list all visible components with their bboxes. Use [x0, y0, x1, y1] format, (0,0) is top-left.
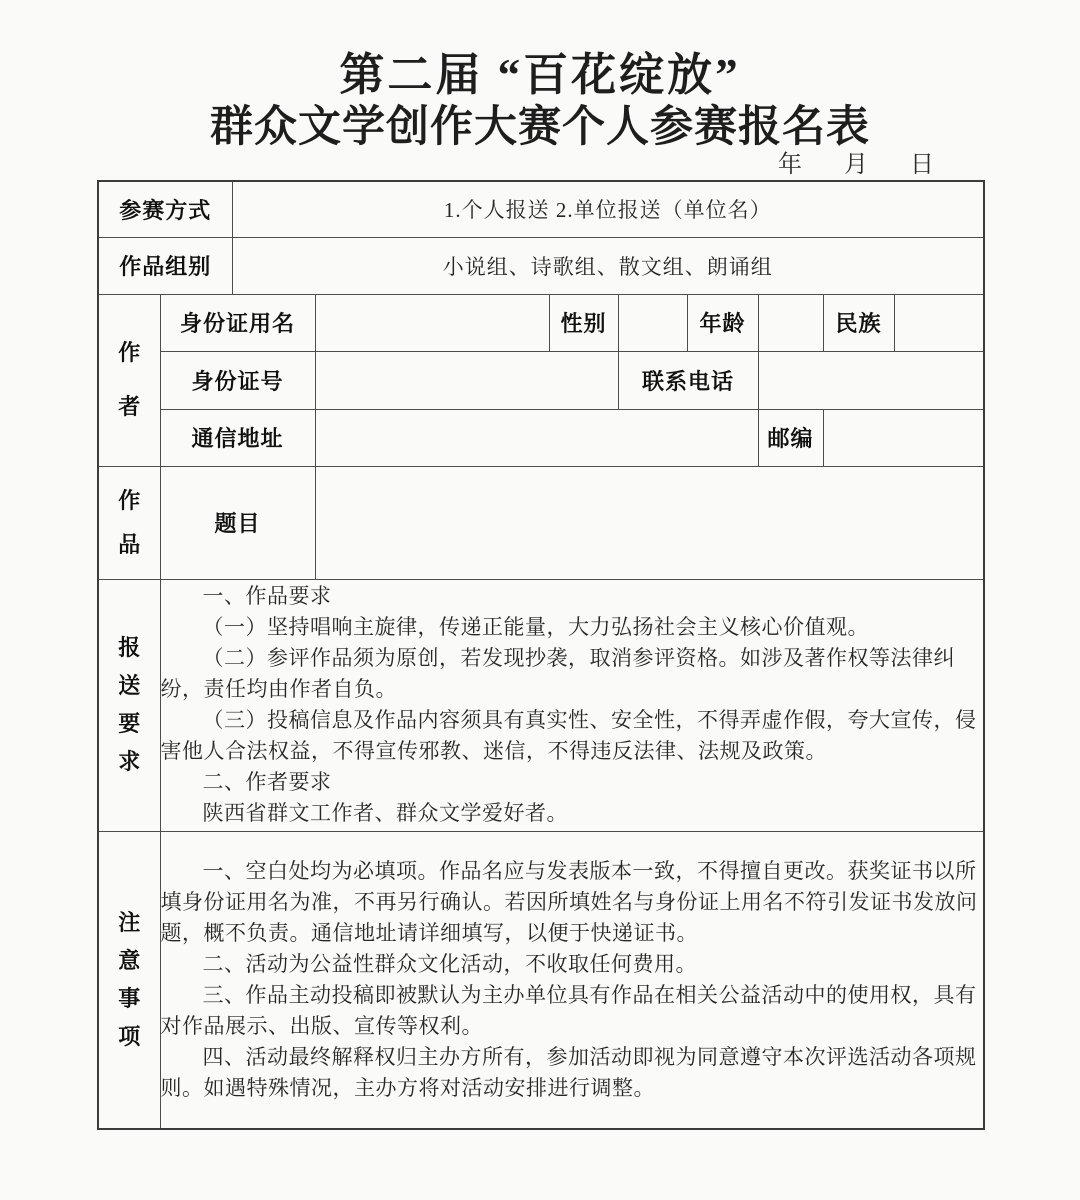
date-line: 年 月 日	[778, 144, 934, 179]
ethnicity-label: 民族	[823, 294, 894, 351]
postcode-input-cell[interactable]	[823, 409, 984, 466]
entry-method-label: 参赛方式	[98, 181, 232, 237]
age-label: 年龄	[687, 294, 758, 351]
id-name-input-cell[interactable]	[315, 294, 549, 351]
notes-section-label-cell: 注意事项	[98, 831, 160, 1129]
work-group-label: 作品组别	[98, 237, 232, 294]
notes-row: 注意事项 一、空白处均为必填项。作品名应与发表版本一致，不得擅自更改。获奖证书以…	[98, 831, 984, 1129]
age-input-cell[interactable]	[758, 294, 823, 351]
date-day-label: 日	[910, 144, 934, 179]
author-section-label: 作者	[116, 326, 142, 434]
notes-paragraph-3: 三、作品主动投稿即被默认为主办单位具有作品在相关公益活动中的使用权，具有对作品展…	[161, 980, 984, 1042]
phone-input-cell[interactable]	[758, 351, 984, 409]
gender-label: 性别	[549, 294, 618, 351]
work-group-row: 作品组别 小说组、诗歌组、散文组、朗诵组	[98, 237, 984, 294]
date-month-label: 月	[844, 144, 868, 179]
notes-paragraph-4: 四、活动最终解释权归主办方所有，参加活动即视为同意遵守本次评选活动各项规则。如遇…	[161, 1042, 984, 1104]
phone-label: 联系电话	[618, 351, 758, 409]
work-title-row: 作品 题目	[98, 466, 984, 579]
notes-paragraph-2: 二、活动为公益性群众文化活动，不收取任何费用。	[161, 949, 984, 980]
author-row-3: 通信地址 邮编	[98, 409, 984, 466]
id-number-input-cell[interactable]	[315, 351, 618, 409]
submission-paragraph-1: 一、作品要求	[161, 581, 984, 612]
date-year-label: 年	[778, 144, 802, 179]
submission-paragraph-2: （一）坚持唱响主旋律，传递正能量，大力弘扬社会主义核心价值观。	[161, 612, 984, 643]
notes-content: 一、空白处均为必填项。作品名应与发表版本一致，不得擅自更改。获奖证书以所填身份证…	[160, 831, 984, 1129]
id-name-label: 身份证用名	[160, 294, 315, 351]
work-title-input-cell[interactable]	[315, 466, 984, 579]
entry-method-value: 1.个人报送 2.单位报送（单位名）	[232, 181, 984, 237]
submission-section-label-cell: 报送要求	[98, 579, 160, 831]
form-page: 第二届 “百花绽放” 群众文学创作大赛个人参赛报名表 年 月 日 参赛方式 1.…	[0, 0, 1080, 1200]
author-row-2: 身份证号 联系电话	[98, 351, 984, 409]
submission-requirements-content: 一、作品要求 （一）坚持唱响主旋律，传递正能量，大力弘扬社会主义核心价值观。 （…	[160, 579, 984, 831]
postcode-label: 邮编	[758, 409, 823, 466]
author-section-label-cell: 作者	[98, 294, 160, 466]
registration-form-table: 参赛方式 1.个人报送 2.单位报送（单位名） 作品组别 小说组、诗歌组、散文组…	[97, 180, 985, 1130]
author-row-1: 作者 身份证用名 性别 年龄 民族	[98, 294, 984, 351]
submission-paragraph-4: （三）投稿信息及作品内容须具有真实性、安全性，不得弄虚作假，夸大宣传，侵害他人合…	[161, 705, 984, 767]
address-input-cell[interactable]	[315, 409, 758, 466]
gender-input-cell[interactable]	[618, 294, 687, 351]
work-section-label: 作品	[116, 479, 142, 567]
submission-paragraph-3: （二）参评作品须为原创，若发现抄袭，取消参评资格。如涉及著作权等法律纠纷，责任均…	[161, 643, 984, 705]
submission-paragraph-6: 陕西省群文工作者、群众文学爱好者。	[161, 798, 984, 829]
id-number-label: 身份证号	[160, 351, 315, 409]
work-group-value: 小说组、诗歌组、散文组、朗诵组	[232, 237, 984, 294]
notes-section-label: 注意事项	[116, 904, 142, 1056]
work-section-label-cell: 作品	[98, 466, 160, 579]
submission-requirements-row: 报送要求 一、作品要求 （一）坚持唱响主旋律，传递正能量，大力弘扬社会主义核心价…	[98, 579, 984, 831]
submission-paragraph-5: 二、作者要求	[161, 767, 984, 798]
address-label: 通信地址	[160, 409, 315, 466]
notes-paragraph-1: 一、空白处均为必填项。作品名应与发表版本一致，不得擅自更改。获奖证书以所填身份证…	[161, 856, 984, 949]
work-title-label: 题目	[160, 466, 315, 579]
entry-method-row: 参赛方式 1.个人报送 2.单位报送（单位名）	[98, 181, 984, 237]
submission-section-label: 报送要求	[116, 629, 142, 781]
ethnicity-input-cell[interactable]	[894, 294, 984, 351]
